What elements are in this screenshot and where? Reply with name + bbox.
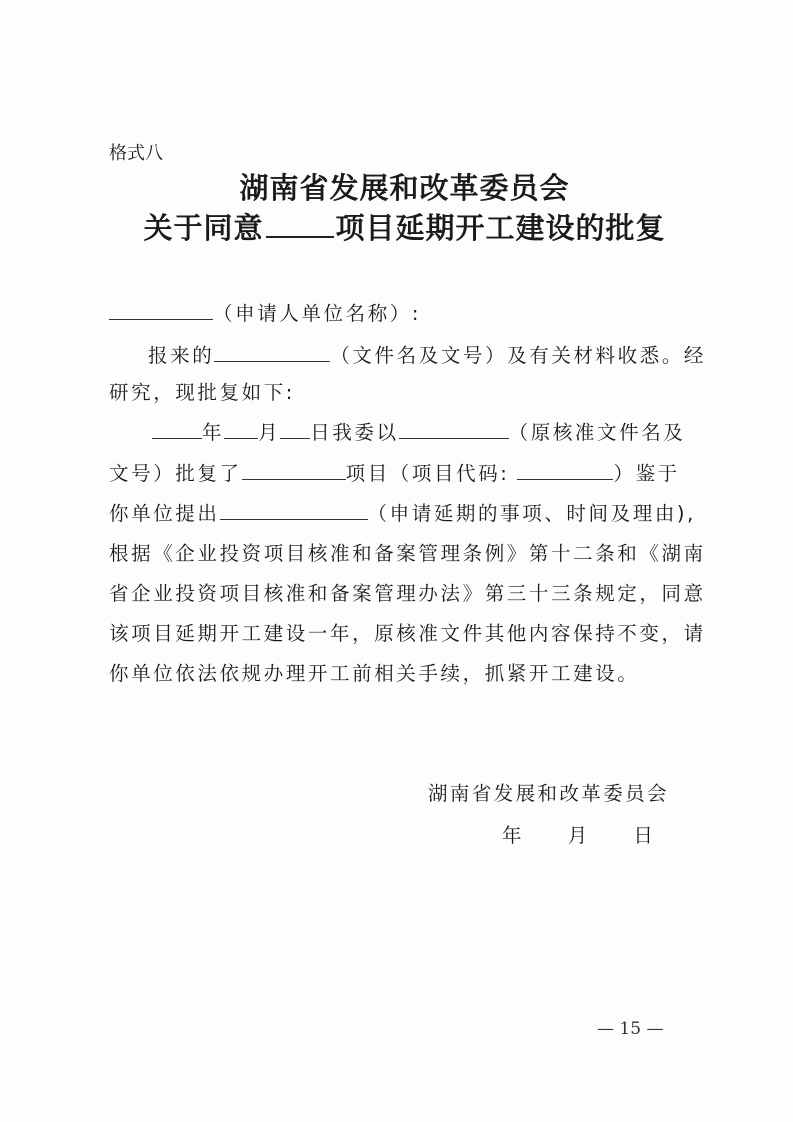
paragraph2-line5: 省企业投资项目核准和备案管理办法》第三十三条规定，同意 — [109, 578, 706, 606]
paragraph2-line6: 该项目延期开工建设一年，原核准文件其他内容保持不变，请 — [109, 618, 706, 646]
day-blank[interactable] — [280, 418, 310, 439]
document-title-line2: 关于同意项目延期开工建设的批复 — [8, 206, 793, 247]
format-label: 格式八 — [109, 139, 163, 165]
line2-prefix: 文号）批复了 — [109, 462, 242, 485]
document-page: 格式八 湖南省发展和改革委员会 关于同意项目延期开工建设的批复 （申请人单位名称… — [0, 0, 793, 1122]
line2-mid: 项目（项目代码: — [346, 462, 510, 485]
project-code-blank[interactable] — [517, 459, 613, 480]
paragraph1-line1: 报来的（文件名及文号）及有关材料收悉。经 — [148, 340, 706, 368]
paragraph2-line7: 你单位依法依规办理开工前相关手续，抓紧开工建设。 — [109, 658, 639, 686]
day-text: 日我委以 — [310, 421, 398, 444]
paragraph2-hint1: （原核准文件名及 — [509, 421, 686, 444]
salutation-line: （申请人单位名称）: — [109, 298, 421, 326]
extension-request-blank[interactable] — [220, 499, 368, 520]
title-prefix: 关于同意 — [143, 211, 263, 245]
line3-hint: （申请延期的事项、时间及理由), — [368, 502, 696, 525]
applicant-name-blank[interactable] — [109, 299, 213, 320]
year-label: 年 — [202, 421, 224, 444]
month-blank[interactable] — [224, 418, 258, 439]
paragraph2-line4: 根据《企业投资项目核准和备案管理条例》第十二条和《湖南 — [109, 538, 706, 566]
document-title-line1: 湖南省发展和改革委员会 — [8, 166, 793, 207]
signature-organization: 湖南省发展和改革委员会 — [428, 778, 669, 806]
line3-prefix: 你单位提出 — [109, 502, 220, 525]
salutation-hint: （申请人单位名称）: — [213, 302, 421, 325]
paragraph1-prefix: 报来的 — [148, 344, 214, 367]
paragraph2-line1: 年月日我委以（原核准文件名及 — [152, 417, 685, 445]
signature-date: 年 月 日 — [502, 820, 655, 848]
line2-suffix: ）鉴于 — [613, 462, 679, 485]
paragraph2-line3: 你单位提出（申请延期的事项、时间及理由), — [109, 498, 696, 526]
paragraph1-hint: （文件名及文号）及有关材料收悉。经 — [330, 344, 706, 367]
paragraph2-line2: 文号）批复了项目（项目代码:）鉴于 — [109, 458, 680, 486]
project-name-blank[interactable] — [266, 210, 334, 238]
document-name-blank[interactable] — [214, 341, 330, 362]
month-label: 月 — [258, 421, 280, 444]
paragraph1-line2: 研究，现批复如下: — [109, 377, 295, 405]
title-suffix: 项目延期开工建设的批复 — [336, 211, 666, 245]
year-blank[interactable] — [152, 418, 202, 439]
page-number: — 15 — — [597, 1019, 663, 1039]
approved-project-blank[interactable] — [242, 459, 346, 480]
original-doc-blank[interactable] — [399, 418, 509, 439]
